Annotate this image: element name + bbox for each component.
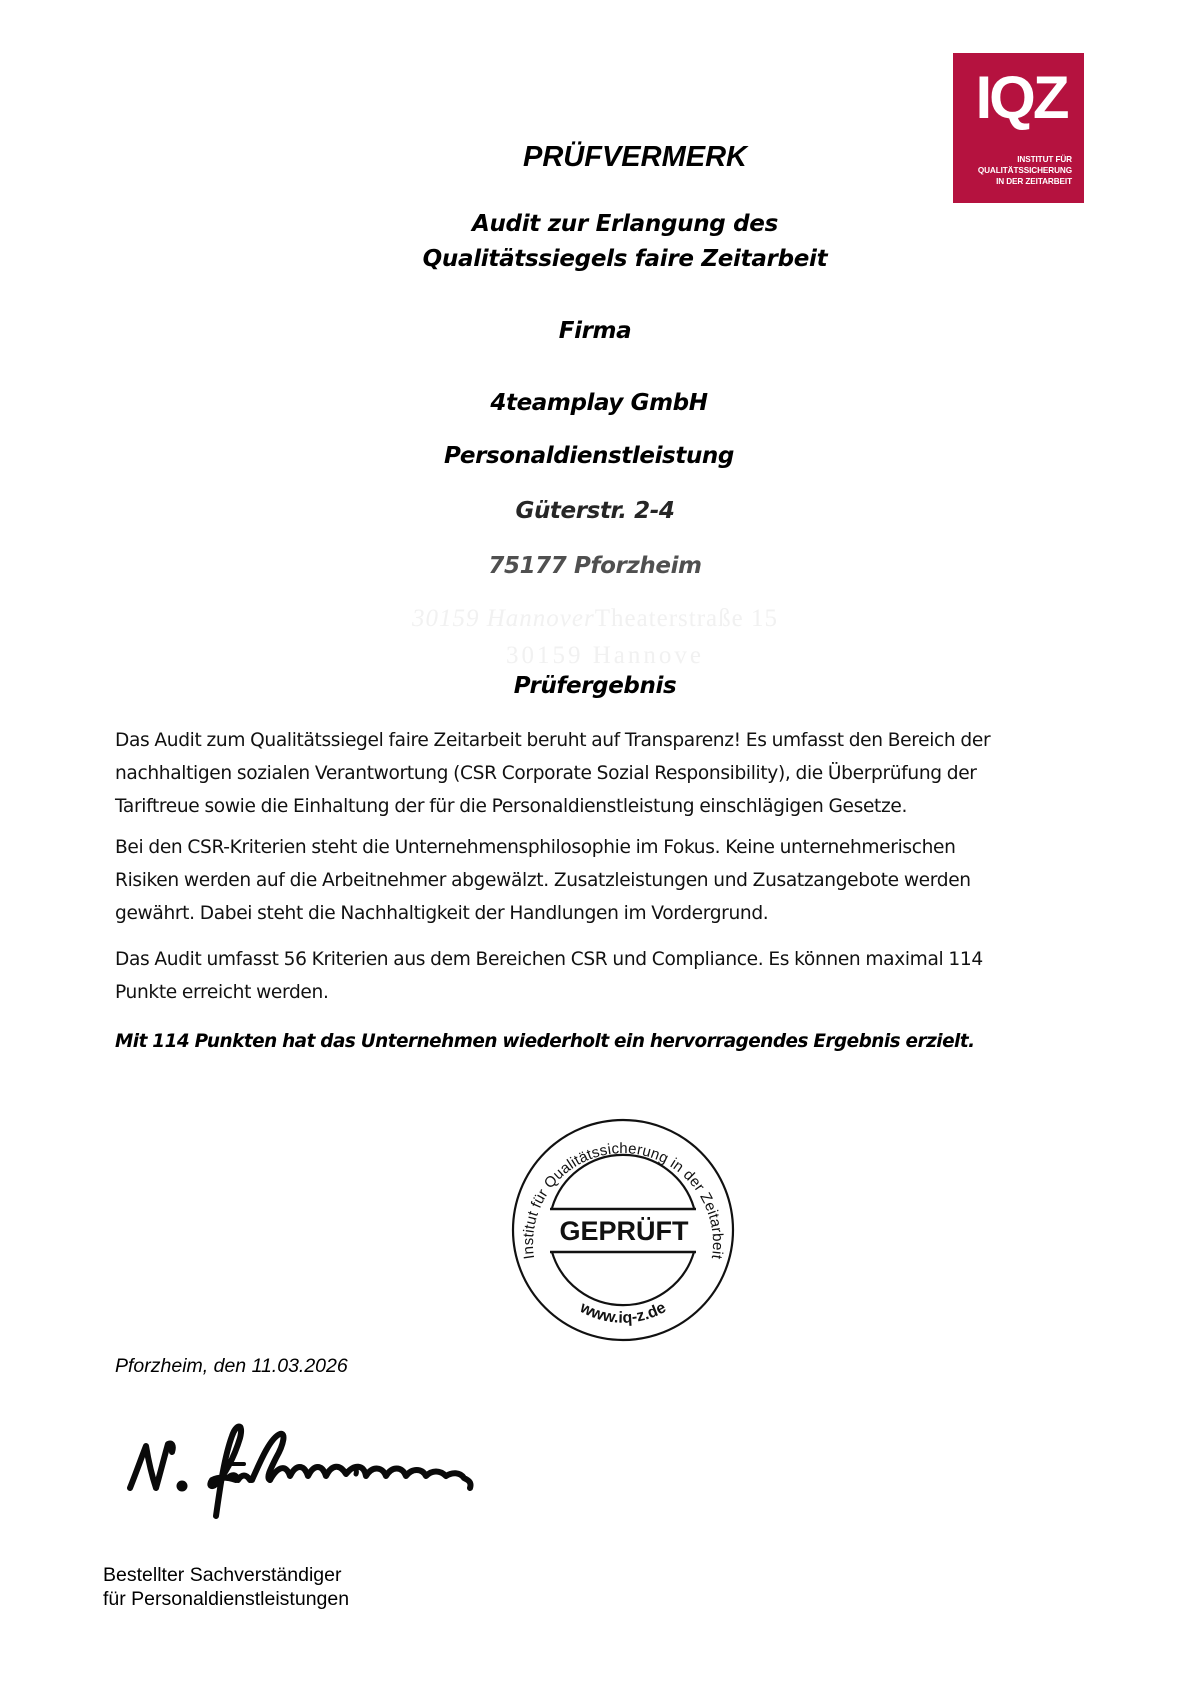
logo-caption-line: IN DER ZEITARBEIT — [952, 176, 1072, 187]
conclusion-line: Mit 114 Punkten hat das Unternehmen wied… — [115, 1025, 1055, 1058]
result-paragraph: Das Audit zum Qualitätssiegel faire Zeit… — [115, 724, 1055, 823]
signer-line: Bestellter Sachverständiger — [103, 1563, 349, 1587]
ghost-italic: 30159 Hannover — [412, 605, 595, 632]
document-subtitle-line: Qualitätssiegels faire Zeitarbeit — [30, 244, 1190, 274]
ghost-regular: Theaterstraße 15 — [595, 605, 778, 632]
document-subtitle-line: Audit zur Erlangung des — [30, 209, 1190, 239]
seal-center-text: GEPRÜFT — [559, 1216, 689, 1246]
faded-ghost-address: 30159 HannoverTheaterstraße 15 — [0, 604, 1190, 634]
signer-line: für Personaldienstleistungen — [103, 1587, 349, 1611]
company-name: 4teamplay GmbH — [4, 388, 1190, 418]
geprueft-seal-icon: GEPRÜFT Institut für Qualitätssicherung … — [505, 1112, 741, 1348]
place-and-date: Pforzheim, den 11.03.2026 — [115, 1354, 348, 1378]
signer-title: Bestellter Sachverständiger für Personal… — [103, 1563, 349, 1611]
iqz-logo: IQZ INSTITUT FÜR QUALITÄTSSICHERUNG IN D… — [953, 53, 1084, 203]
paragraph-line: Das Audit zum Qualitätssiegel faire Zeit… — [115, 724, 1055, 757]
handwritten-signature-icon — [120, 1418, 490, 1533]
company-branch: Personaldienstleistung — [0, 441, 1184, 471]
paragraph-line: Das Audit umfasst 56 Kriterien aus dem B… — [115, 943, 1055, 976]
result-conclusion: Mit 114 Punkten hat das Unternehmen wied… — [115, 1025, 1055, 1058]
result-heading: Prüfergebnis — [0, 671, 1190, 701]
result-paragraph: Bei den CSR-Kriterien steht die Unterneh… — [115, 831, 1055, 930]
company-street: Güterstr. 2-4 — [0, 496, 1190, 526]
paragraph-line: Tariftreue sowie die Einhaltung der für … — [115, 790, 1055, 823]
company-label: Firma — [0, 316, 1190, 346]
document-title: PRÜFVERMERK — [40, 140, 1190, 174]
paragraph-line: gewährt. Dabei steht die Nachhaltigkeit … — [115, 897, 1055, 930]
paragraph-line: nachhaltigen sozialen Verantwortung (CSR… — [115, 757, 1055, 790]
result-paragraph: Das Audit umfasst 56 Kriterien aus dem B… — [115, 943, 1055, 1009]
paragraph-line: Risiken werden auf die Arbeitnehmer abge… — [115, 864, 1055, 897]
logo-mark: IQZ — [965, 63, 1077, 133]
faded-ghost-city: 30159 Hannove — [10, 641, 1190, 671]
paragraph-line: Punkte erreicht werden. — [115, 976, 1055, 1009]
company-city: 75177 Pforzheim — [0, 551, 1190, 581]
paragraph-line: Bei den CSR-Kriterien steht die Unterneh… — [115, 831, 1055, 864]
